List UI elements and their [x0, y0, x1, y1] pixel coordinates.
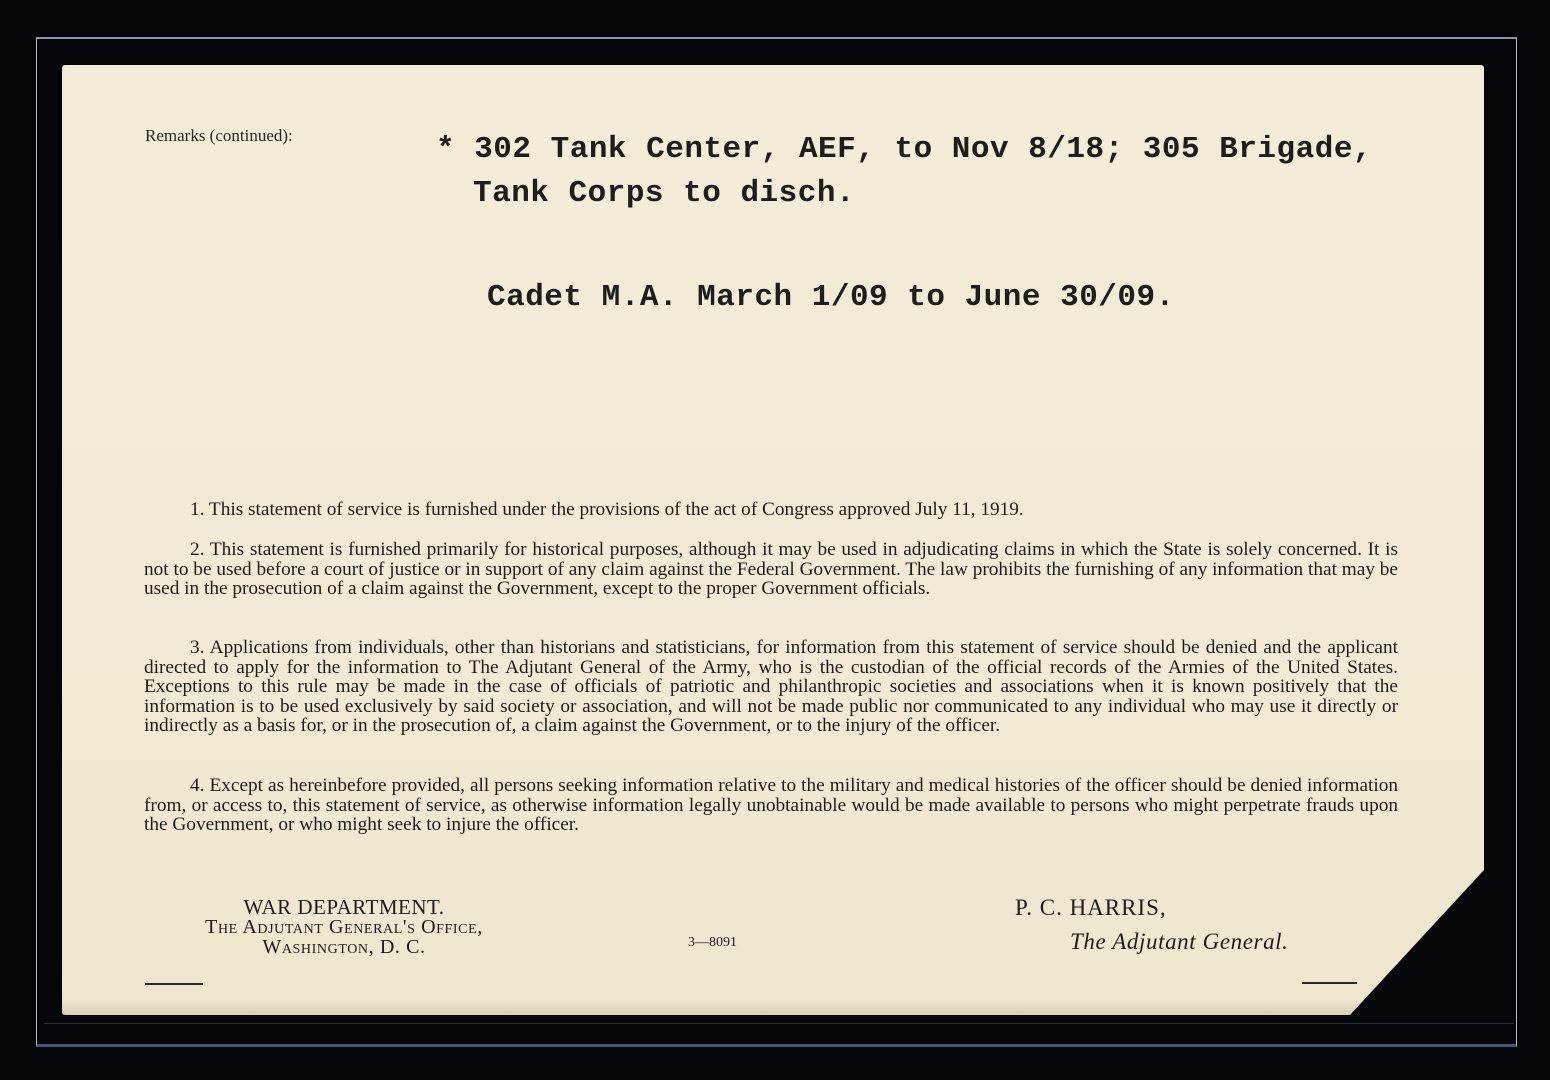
paragraph-2-text: 2. This statement is furnished primarily… — [144, 539, 1398, 599]
signer-title: The Adjutant General. — [1070, 929, 1289, 955]
paragraph-4: 4. Except as hereinbefore provided, all … — [144, 776, 1398, 835]
department-name: WAR DEPARTMENT. — [134, 897, 554, 917]
footer-rule-right — [1302, 982, 1357, 984]
signer-name: P. C. HARRIS, — [1015, 895, 1167, 921]
service-statement-card: Remarks (continued): * 302 Tank Center, … — [62, 65, 1484, 1015]
paragraph-3-text: 3. Applications from individuals, other … — [144, 637, 1398, 736]
remarks-label: Remarks (continued): — [145, 126, 293, 146]
typed-remark-cadet-service: Cadet M.A. March 1/09 to June 30/09. — [487, 280, 1175, 315]
typed-remark-line-1: * 302 Tank Center, AEF, to Nov 8/18; 305… — [436, 132, 1372, 167]
paper-edge-shadow — [62, 999, 1484, 1015]
sleeve-inner-line — [44, 1023, 1514, 1024]
office-location: Washington, D. C. — [134, 937, 554, 957]
form-number: 3—8091 — [688, 935, 737, 951]
paragraph-2: 2. This statement is furnished primarily… — [144, 540, 1398, 599]
issuing-office-block: WAR DEPARTMENT. The Adjutant General's O… — [134, 897, 554, 957]
typed-remark-line-2: Tank Corps to disch. — [473, 176, 855, 211]
paragraph-4-text: 4. Except as hereinbefore provided, all … — [144, 775, 1398, 835]
office-name: The Adjutant General's Office, — [134, 917, 554, 937]
paragraph-3: 3. Applications from individuals, other … — [144, 638, 1398, 736]
paragraph-1: 1. This statement of service is furnishe… — [144, 500, 1398, 520]
paragraph-1-text: 1. This statement of service is furnishe… — [190, 499, 1024, 520]
footer-rule-left — [145, 983, 203, 985]
